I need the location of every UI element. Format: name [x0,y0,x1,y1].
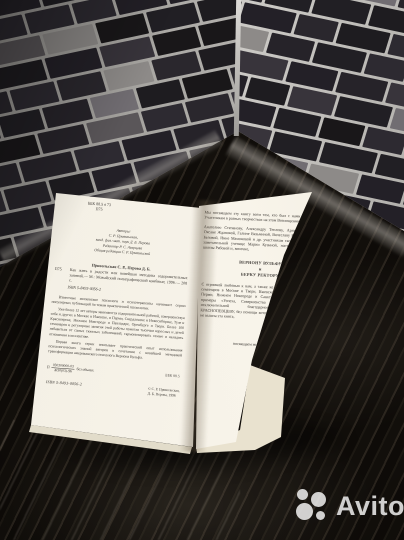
avito-watermark: Avito [296,486,404,526]
imprint-letter: П [47,365,50,370]
avito-watermark-text: Avito [336,486,404,526]
copyright-line: Д. Б. Перова, 1996 [147,392,179,399]
bbk-index-block: ББК 88.5 я 73 П75 [75,200,124,213]
imprint-row: П 030300000-03 Ж50(03)-96 без объявл. ББ… [47,363,181,381]
annotation-block: Известные московские психологи и психоте… [48,294,186,363]
imprint-fraction: 030300000-03 Ж50(03)-96 [51,363,75,374]
catalog-index: П75 [53,266,70,283]
imprint-code: П 030300000-03 Ж50(03)-96 без объявл. [47,363,95,375]
copyright-block: © С. Р. Привольская, Д. Б. Перова, 1996 [147,387,179,399]
photo-open-book: ББК 88.5 я 73 П75 Авторы: С. Р. Привольс… [0,0,404,540]
isbn-bottom: ISBN 5-8493-0056-2 [46,380,82,388]
imprint-note: без объявл. [76,367,94,373]
imprint-bbk: ББК 88.5 [165,373,180,379]
left-page-text: ББК 88.5 я 73 П75 Авторы: С. Р. Привольс… [41,195,192,456]
credits-block: Авторы: С. Р. Привольская, канд. физ.-ма… [55,224,191,260]
avito-logo-icon [296,486,330,526]
imprint-code-bottom: Ж50(03)-96 [51,368,74,374]
isbn-copyright-row: ISBN 5-8493-0056-2 © С. Р. Привольская, … [45,380,179,399]
